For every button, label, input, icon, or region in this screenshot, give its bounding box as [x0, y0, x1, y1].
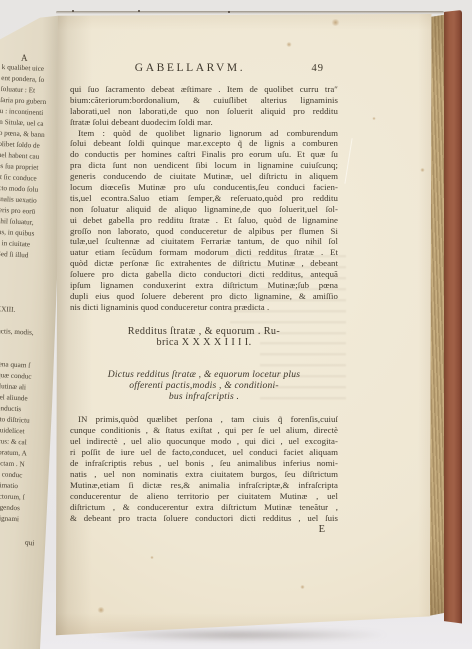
text-line: ipſum lignamen conduxerint extra diſtric…	[70, 280, 338, 291]
text-line: ri poſſit de iure uel de facto,conducet,…	[70, 447, 338, 458]
foxing-spot	[331, 19, 340, 26]
text-line: nis dicti lignaminis quod conduceretur c…	[70, 302, 338, 313]
text-line: ui debet gabella pro redditu ſtratæ . Et…	[70, 215, 338, 226]
signature-mark: E	[70, 524, 338, 535]
text-line: groſſo non laborato, quod conduceretur d…	[70, 226, 338, 237]
foxing-spot	[286, 42, 292, 47]
running-head: GABELLARVM. 49	[70, 62, 338, 76]
running-title: GABELLARVM.	[135, 62, 245, 74]
paper-fiber	[344, 138, 352, 184]
text-line: pra dicta ſunt non uendicent ſibi locum …	[70, 160, 338, 171]
foxing-spot	[300, 585, 305, 589]
dust-speck	[138, 10, 140, 12]
page-top-edge	[56, 11, 444, 14]
text-line: tis,uel econtra.Saluo etiam ſemper,& reſ…	[70, 193, 338, 204]
text-line: qui ſuo ſacramento debeat æſtimare . Ite…	[70, 84, 338, 95]
rubric-heading: Redditus ſtratæ , & equorum . Ru-brica X…	[70, 326, 338, 349]
text-line: uel indirectè , uel alio quocunque modo …	[70, 436, 338, 447]
text-line: ſtratæ ſolui debeant duodecim ſoldi mar.	[70, 117, 338, 128]
text-line: do conductis per homines caſtri Finalis …	[70, 149, 338, 160]
paragraph-3: IN primis,quòd quælibet perſona , tam ci…	[70, 414, 338, 523]
book-cover-board	[444, 10, 462, 626]
page-number: 49	[312, 63, 325, 74]
subrubric-line: bus infraſcriptis .	[70, 391, 338, 402]
text-line: Mutinæ,etiam ſi dictæ res,& animalia inf…	[70, 480, 338, 491]
paragraph-2: Item : quòd de quolibet lignario lignoru…	[70, 128, 338, 313]
rubric-line: Redditus ſtratæ , & equorum . Ru-	[70, 326, 338, 337]
paragraph-1: qui ſuo ſacramento debeat æſtimare . Ite…	[70, 84, 338, 128]
subrubric-line: Dictus redditus ſtratæ , & equorum locet…	[70, 369, 338, 380]
text-line: ſolui debeant ſoldi quinque mar.excepto …	[70, 138, 338, 149]
foxing-spot	[420, 168, 425, 172]
text-line: natis , uel non nominatis extra ciuitate…	[70, 469, 338, 480]
book-photograph: A k qualibet uiceent pondera, ſoſoluatur…	[0, 0, 472, 649]
rubric-subheading: Dictus redditus ſtratæ , & equorum locet…	[70, 369, 338, 402]
foxing-spot	[97, 607, 105, 613]
foxing-spot	[372, 117, 376, 120]
text-line: quòd dictæ perſonæ ſic extrahentes de di…	[70, 258, 338, 269]
subrubric-line: offerenti pactis,modis , & conditioni-	[70, 380, 338, 391]
text-line: Item : quòd de quolibet lignario lignoru…	[70, 128, 338, 139]
text-line: de infraſcriptis rebus , uel bonis , ſeu…	[70, 458, 338, 469]
text-column: GABELLARVM. 49 qui ſuo ſacramento debeat…	[70, 62, 338, 535]
foxing-spot	[150, 556, 154, 559]
text-line: uatur etiam ſecũdum formam modorum dicti…	[70, 247, 338, 258]
text-line: generis conducendo de ciuitate Mutinæ, u…	[70, 171, 338, 182]
text-line: diſtrictum , & conducerentur extra diſtr…	[70, 502, 338, 513]
text-line: ſoluere pro dicta gabella dicto conducto…	[70, 269, 338, 280]
facing-page-header-letter: A	[21, 53, 28, 63]
facing-page-catchword: qui	[24, 537, 35, 547]
text-line: conducerentur de alieno territorio per c…	[70, 491, 338, 502]
text-line: laborati,uel non laborati,de quo non ſol…	[70, 106, 338, 117]
text-line: locum diœceſis Mutinæ pro uſu conducenti…	[70, 182, 338, 193]
text-line: & debeant pro tracta ſoluere conductori …	[70, 513, 338, 524]
rubric-line: brica X X X X I I I I.	[70, 337, 338, 348]
text-line: tulæ,uel ſcultennæ ad ciuitatem Ferrariæ…	[70, 236, 338, 247]
text-line: non ſoluatur aliquid de aliquo lignamine…	[70, 204, 338, 215]
text-line: cunque conditionis , & ſtatus exiſtat , …	[70, 425, 338, 436]
text-line: dupli eius quod ſoluere deberent pro dic…	[70, 291, 338, 302]
text-line: IN primis,quòd quælibet perſona , tam ci…	[70, 414, 338, 425]
recto-page: GABELLARVM. 49 qui ſuo ſacramento debeat…	[52, 12, 444, 639]
dust-speck	[228, 11, 230, 13]
text-line: bium:cãteriorum:bordonalium, & cuiuſlibe…	[70, 95, 338, 106]
dust-speck	[72, 10, 74, 12]
